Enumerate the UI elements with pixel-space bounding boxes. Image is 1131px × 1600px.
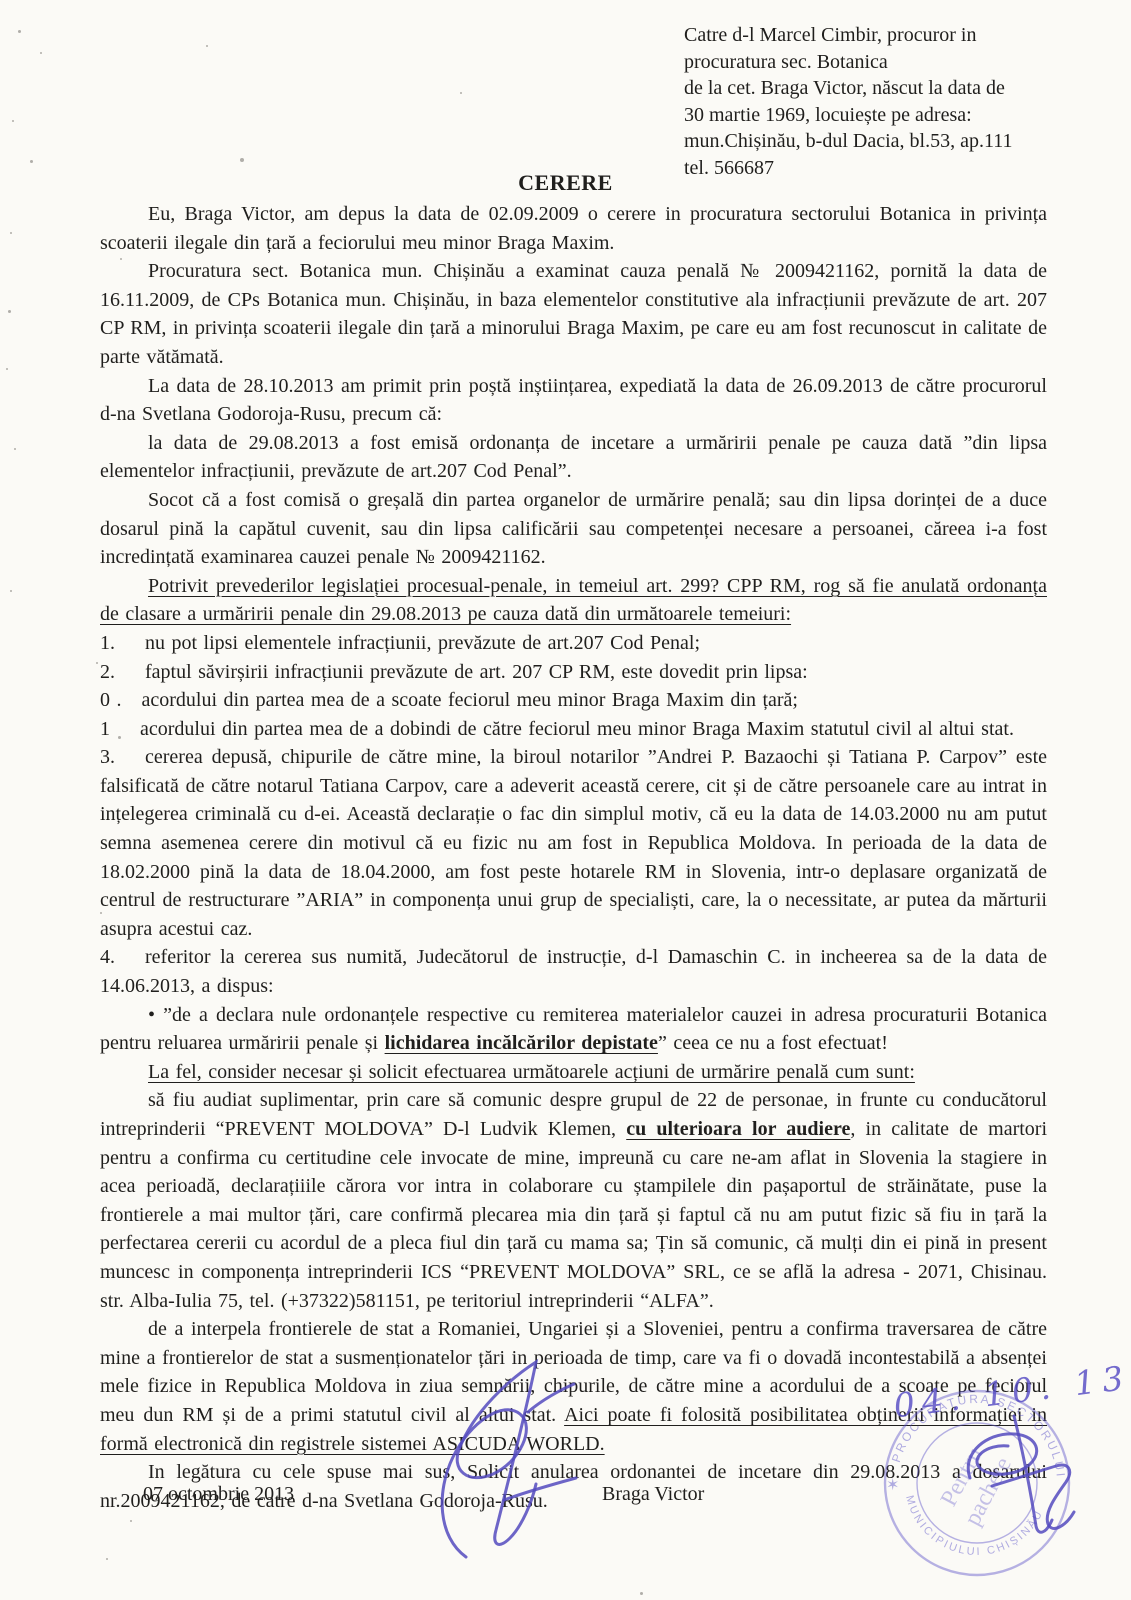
scan-noise-dot — [10, 590, 12, 592]
scan-noise-dot — [120, 258, 122, 260]
scanned-petition-page: Catre d-l Marcel Cimbir, procuror inproc… — [0, 0, 1131, 1600]
scan-noise-dot — [100, 912, 102, 914]
text-segment: Socot că a fost comisă o greșală din par… — [100, 489, 1047, 568]
scan-noise-dot — [206, 45, 208, 47]
text-segment: Potrivit prevederilor legislației proces… — [100, 575, 1047, 626]
paragraph: Potrivit prevederilor legislației proces… — [100, 572, 1047, 629]
paragraph: La fel, consider necesar și solicit efec… — [100, 1058, 1047, 1087]
stamp-star-icon: ✶ — [886, 1477, 902, 1494]
scan-noise-dot — [640, 1592, 643, 1595]
text-segment: lichidarea incălcărilor depistate — [385, 1032, 658, 1054]
scan-noise-dot — [106, 1558, 108, 1560]
signature-ink — [408, 1352, 598, 1567]
text-segment: 2. faptul săvirșirii infracțiunii prevăz… — [100, 661, 808, 683]
paragraph: 0 . acordului din partea mea de a scoate… — [100, 686, 1047, 715]
text-segment: 0 . acordului din partea mea de a scoate… — [100, 689, 798, 711]
scan-noise-dot — [18, 30, 21, 33]
text-segment: 4. referitor la cererea sus numită, Jude… — [100, 946, 1047, 997]
scan-noise-dot — [30, 160, 33, 163]
paragraph: Eu, Braga Victor, am depus la data de 02… — [100, 200, 1047, 257]
scan-noise-dot — [118, 736, 121, 739]
scan-noise-dot — [460, 92, 462, 94]
scan-noise-dot — [14, 448, 16, 450]
text-segment: , in calitate de martori pentru a confir… — [100, 1118, 1047, 1312]
scan-noise-dot — [240, 158, 244, 162]
paragraph: • ”de a declara nule ordonanțele respect… — [100, 1001, 1047, 1058]
paragraph: 1. nu pot lipsi elementele infracțiunii,… — [100, 629, 1047, 658]
recipient-line: de la cet. Braga Victor, născut la data … — [684, 75, 1074, 102]
scan-noise-dot — [40, 52, 42, 54]
recipient-line: Catre d-l Marcel Cimbir, procuror in — [684, 22, 1074, 49]
paragraph: Socot că a fost comisă o greșală din par… — [100, 486, 1047, 572]
text-segment: La fel, consider necesar și solicit efec… — [148, 1061, 915, 1083]
recipient-line: mun.Chișinău, b-dul Dacia, bl.53, ap.111 — [684, 128, 1074, 155]
text-segment: Eu, Braga Victor, am depus la data de 02… — [100, 203, 1047, 254]
scan-noise-dot — [12, 120, 14, 122]
text-segment: 3. cererea depusă, chipurile de către mi… — [100, 746, 1047, 940]
text-segment: Procuratura sect. Botanica mun. Chișinău… — [100, 260, 1047, 368]
approval-signature-ink — [952, 1408, 1092, 1548]
signer-name: Braga Victor — [602, 1483, 704, 1506]
text-segment: la data de 29.08.2013 a fost emisă ordon… — [100, 432, 1047, 483]
scan-noise-dot — [6, 368, 8, 370]
text-segment: 1 acordului din partea mea de a dobindi … — [100, 718, 1014, 740]
scan-noise-dot — [8, 310, 11, 313]
scan-noise-dot — [10, 232, 12, 234]
recipient-line: procuratura sec. Botanica — [684, 49, 1074, 76]
document-body: Eu, Braga Victor, am depus la data de 02… — [100, 200, 1047, 1515]
text-segment: cu ulterioara lor audiere — [626, 1118, 850, 1140]
paragraph: 1 acordului din partea mea de a dobindi … — [100, 715, 1047, 744]
recipient-line: 30 martie 1969, locuiește pe adresa: — [684, 102, 1074, 129]
text-segment: La data de 28.10.2013 am primit prin poș… — [100, 375, 1047, 426]
recipient-address-block: Catre d-l Marcel Cimbir, procuror inproc… — [684, 22, 1074, 181]
scan-noise-dot — [130, 1520, 132, 1522]
paragraph: 2. faptul săvirșirii infracțiunii prevăz… — [100, 658, 1047, 687]
scan-noise-dot — [110, 1272, 112, 1274]
text-segment: ” ceea ce nu a fost efectuat! — [658, 1032, 888, 1054]
text-segment: 1. nu pot lipsi elementele infracțiunii,… — [100, 632, 700, 654]
document-title: CERERE — [0, 170, 1131, 196]
paragraph: Procuratura sect. Botanica mun. Chișinău… — [100, 257, 1047, 371]
paragraph: 4. referitor la cererea sus numită, Jude… — [100, 943, 1047, 1000]
paragraph: la data de 29.08.2013 a fost emisă ordon… — [100, 429, 1047, 486]
scan-noise-dot — [96, 662, 98, 664]
paragraph: La data de 28.10.2013 am primit prin poș… — [100, 372, 1047, 429]
paragraph: 3. cererea depusă, chipurile de către mi… — [100, 743, 1047, 943]
document-date: 07 octombrie 2013 — [143, 1483, 294, 1506]
paragraph: să fiu audiat suplimentar, prin care să … — [100, 1086, 1047, 1315]
